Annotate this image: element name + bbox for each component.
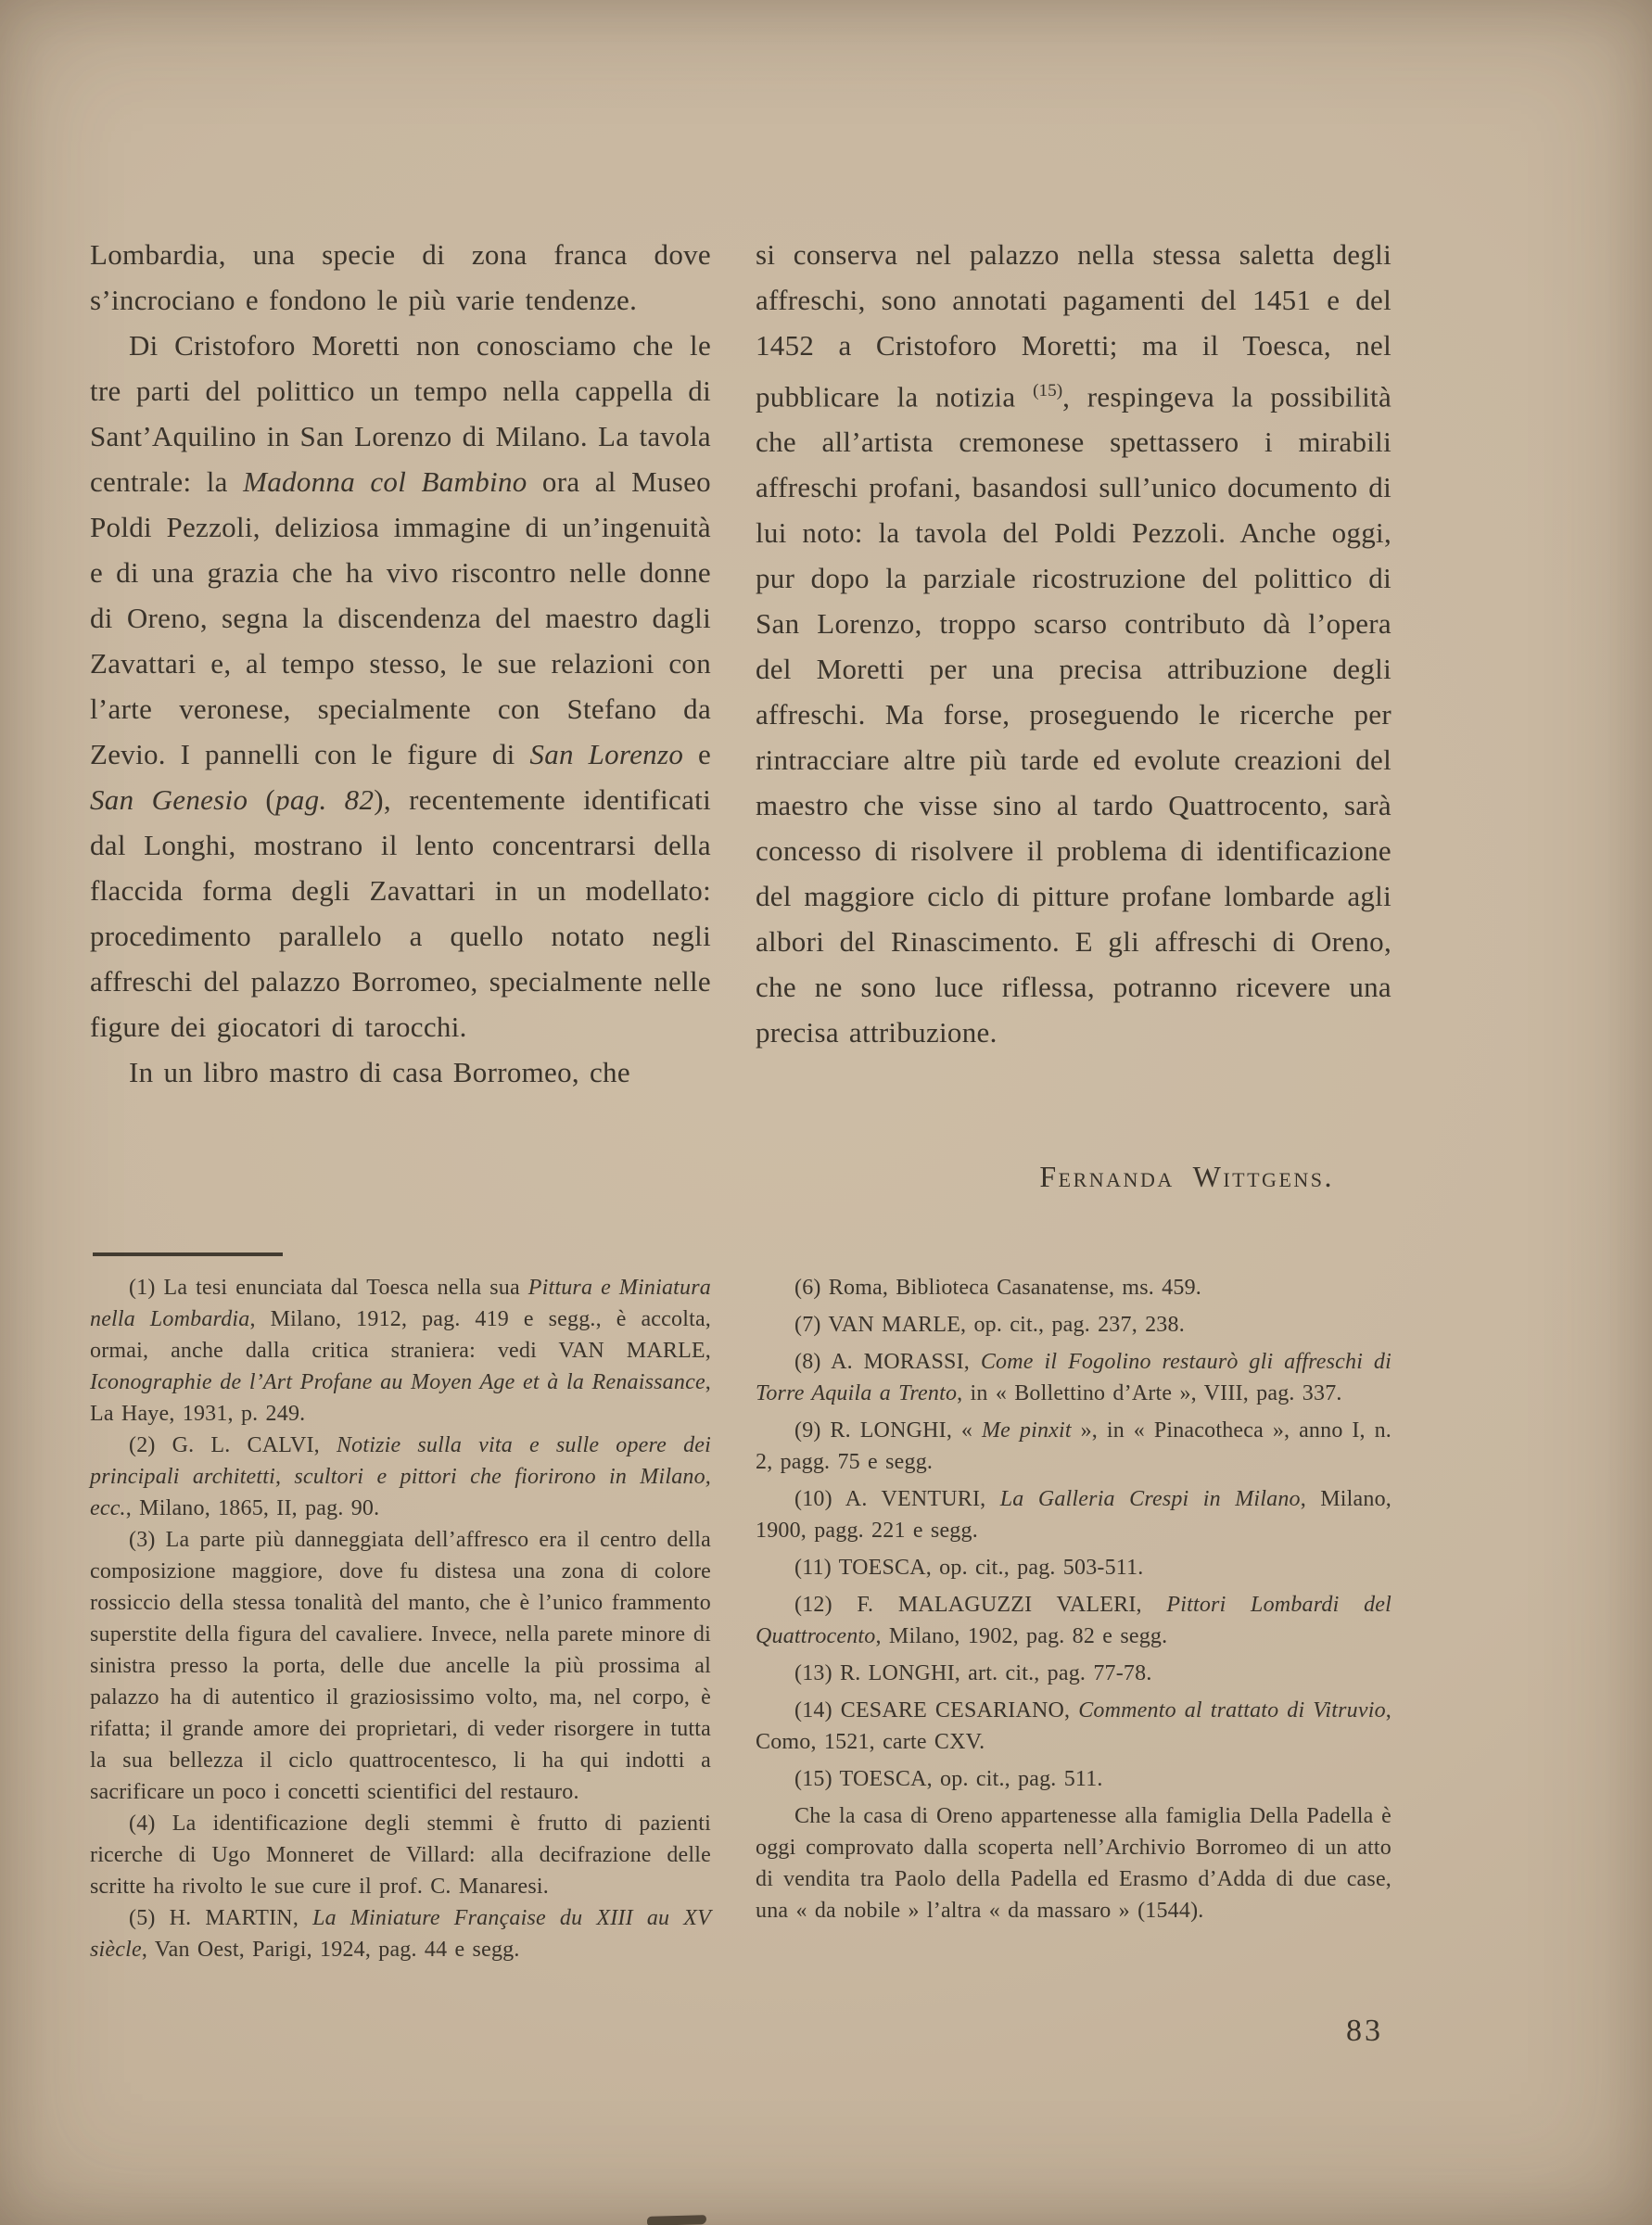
footnote: (7) VAN MARLE, op. cit., pag. 237, 238. <box>756 1309 1391 1341</box>
left-column-footnotes: (1) La tesi enunciata dal Toesca nella s… <box>90 1272 711 1965</box>
footnote: (12) F. MALAGUZZI VALERI, Pittori Lombar… <box>756 1589 1391 1652</box>
footnote: (11) TOESCA, op. cit., pag. 503-511. <box>756 1552 1391 1583</box>
scanned-book-page: Lombardia, una specie di zona franca dov… <box>0 0 1652 2225</box>
footnote: (9) R. LONGHI, « Me pinxit », in « Pinac… <box>756 1415 1391 1478</box>
footnote: (13) R. LONGHI, art. cit., pag. 77-78. <box>756 1658 1391 1689</box>
footnote: (14) CESARE CESARIANO, Commento al tratt… <box>756 1695 1391 1758</box>
footnote: (15) TOESCA, op. cit., pag. 511. <box>756 1763 1391 1795</box>
author-signature: Fernanda Wittgens. <box>756 1154 1391 1200</box>
footnote: (2) G. L. CALVI, Notizie sulla vita e su… <box>90 1430 711 1524</box>
footnote-separator-rule <box>93 1252 283 1256</box>
body-paragraph: Lombardia, una specie di zona franca dov… <box>90 232 711 323</box>
body-paragraph: si conserva nel palazzo nella stessa sal… <box>756 232 1391 1055</box>
scan-smudge-mark <box>647 2215 706 2225</box>
footnote: (1) La tesi enunciata dal Toesca nella s… <box>90 1272 711 1430</box>
footnote: (6) Roma, Biblioteca Casanatense, ms. 45… <box>756 1272 1391 1303</box>
page-number: 83 <box>1346 2014 1383 2049</box>
footnote: (8) A. MORASSI, Come il Fogolino restaur… <box>756 1346 1391 1409</box>
footnote: (10) A. VENTURI, La Galleria Crespi in M… <box>756 1483 1391 1546</box>
footnote: Che la casa di Oreno appartenesse alla f… <box>756 1800 1391 1926</box>
body-paragraph: Di Cristoforo Moretti non conosciamo che… <box>90 323 711 1049</box>
right-column-footnotes: (6) Roma, Biblioteca Casanatense, ms. 45… <box>756 1272 1391 1932</box>
left-column-main-text: Lombardia, una specie di zona franca dov… <box>90 232 711 1095</box>
footnote: (5) H. MARTIN, La Miniature Française du… <box>90 1902 711 1965</box>
body-paragraph: In un libro mastro di casa Borromeo, che <box>90 1049 711 1095</box>
right-column-main-text: si conserva nel palazzo nella stessa sal… <box>756 232 1391 1055</box>
footnote: (4) La identificazione degli stemmi è fr… <box>90 1808 711 1902</box>
footnote: (3) La parte più danneggiata dell’affres… <box>90 1524 711 1808</box>
